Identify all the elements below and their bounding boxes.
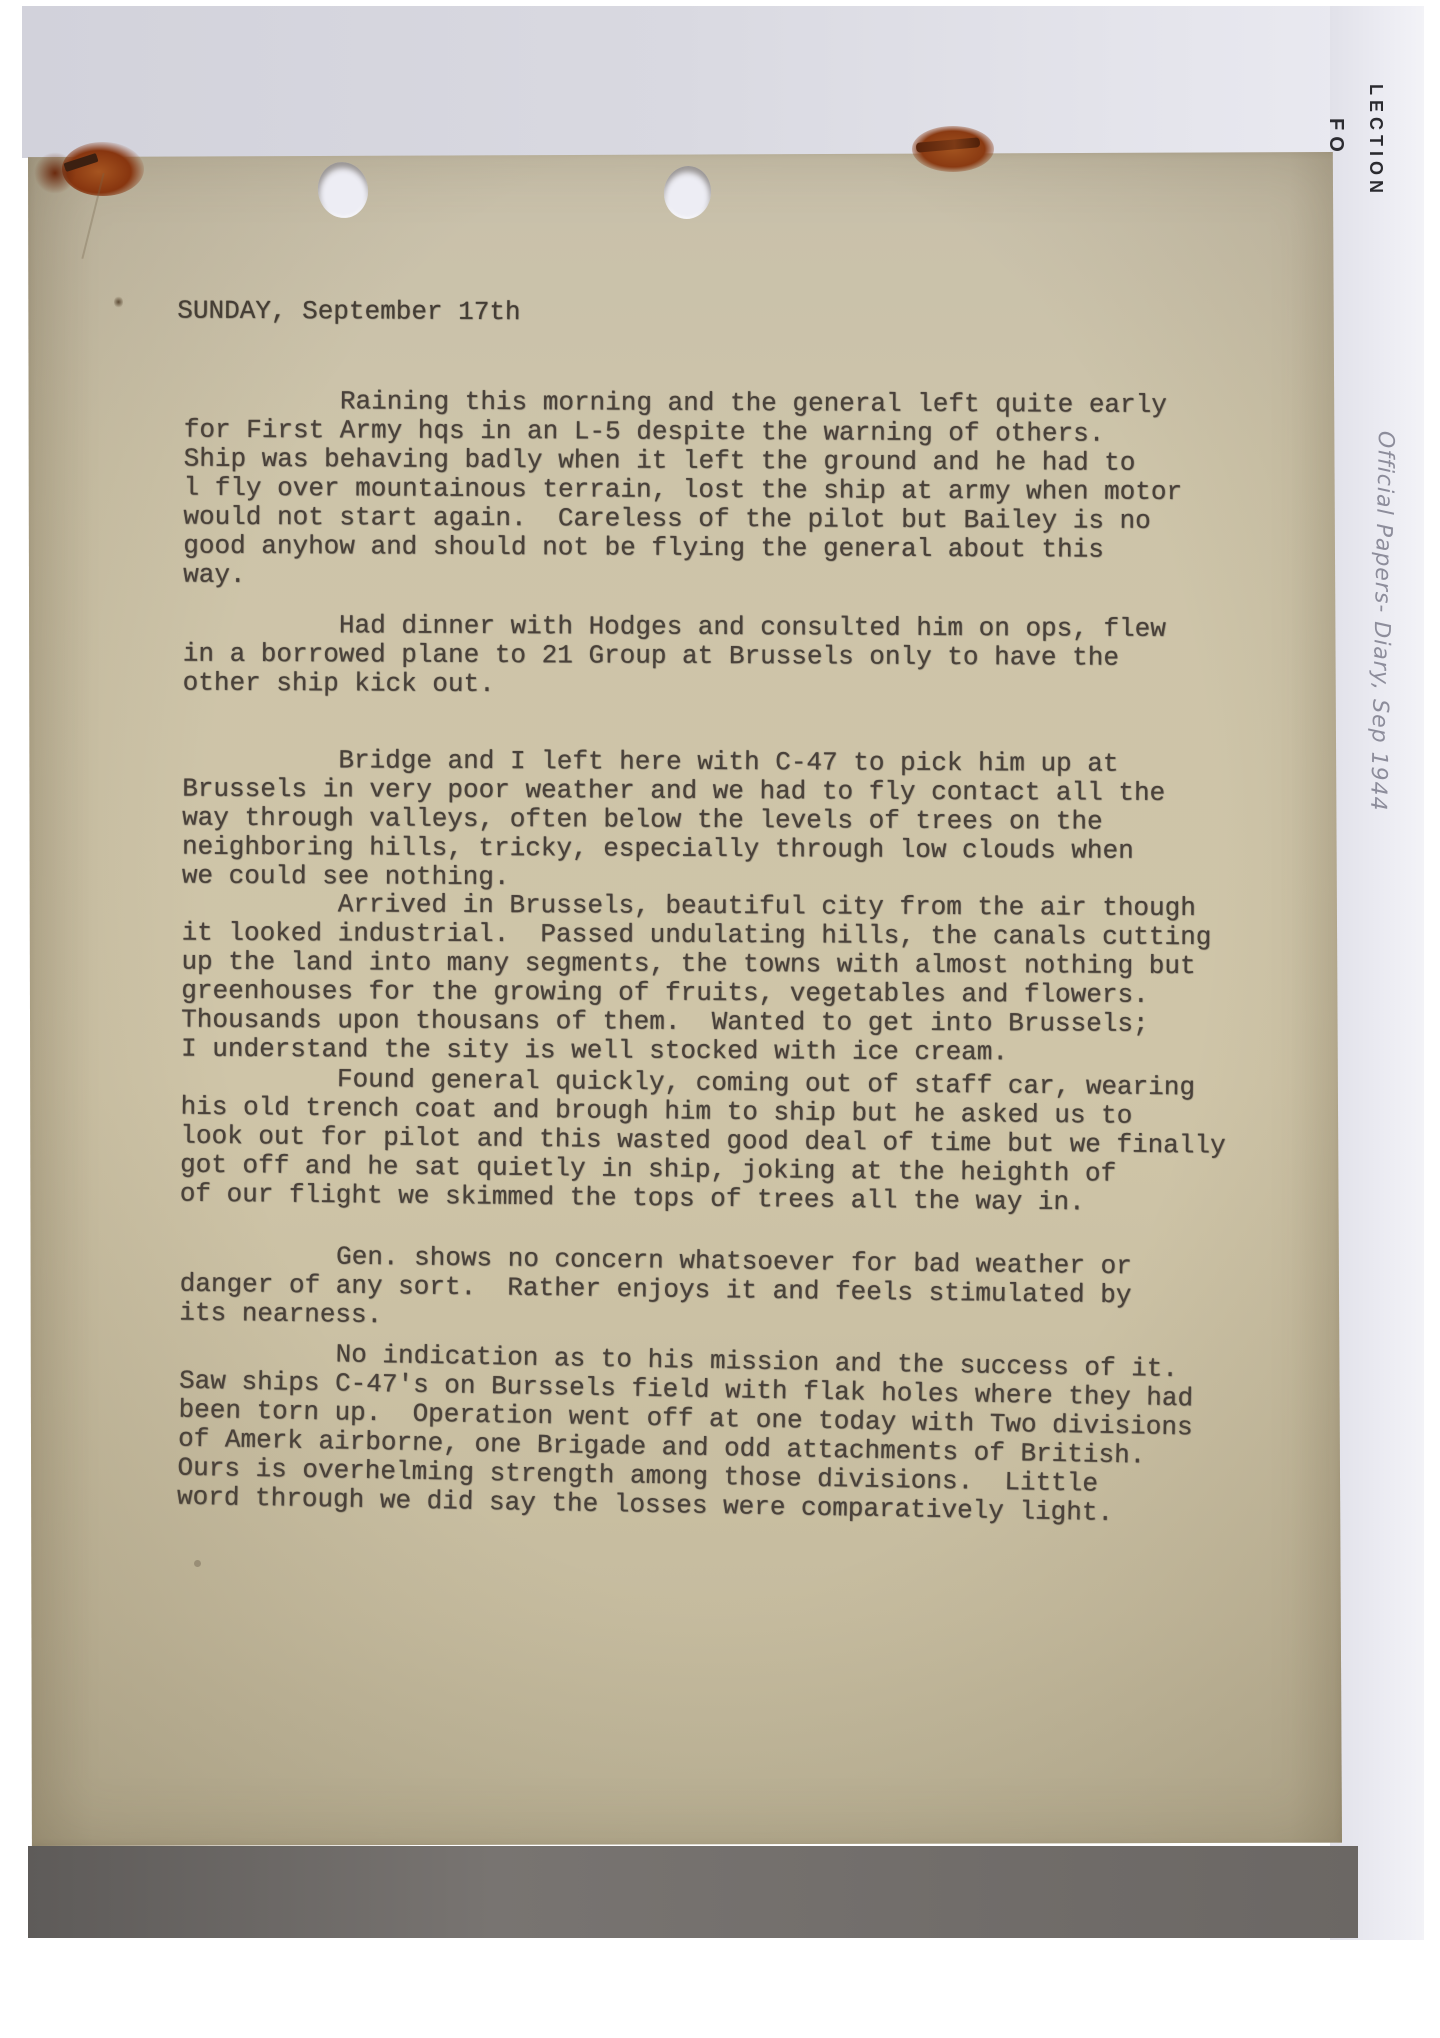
diary-paragraph: Raining this morning and the general lef…	[183, 387, 1182, 594]
diary-paragraph: Had dinner with Hodges and consulted him…	[183, 611, 1166, 702]
rust-stain-left	[34, 134, 146, 198]
scanned-document-photo: FO LECTION SUNDAY, September 17th Rainin…	[0, 0, 1440, 2038]
ink-speck	[114, 296, 123, 308]
page-title: SUNDAY, September 17th	[177, 297, 520, 327]
diary-paragraph: Found general quickly, coming out of sta…	[180, 1064, 1227, 1219]
bottom-shadow-band	[28, 1846, 1358, 1938]
rust-blob-dark	[34, 152, 76, 194]
rust-stain-right	[906, 122, 1000, 176]
folder-stamp-text: FO	[1324, 118, 1347, 158]
diary-page: SUNDAY, September 17th Raining this morn…	[28, 152, 1342, 1846]
diary-paragraph: Bridge and I left here with C-47 to pick…	[182, 746, 1166, 895]
typewritten-text-layer: SUNDAY, September 17th Raining this morn…	[21, 152, 1342, 1852]
diary-paragraph: Gen. shows no concern whatsoever for bad…	[179, 1241, 1132, 1340]
collection-stamp-text: LECTION	[1365, 84, 1386, 198]
ink-speck	[194, 1560, 201, 1567]
diary-paragraph: No indication as to his mission and the …	[177, 1338, 1194, 1530]
diary-paragraph: Arrived in Brussels, beautiful city from…	[181, 890, 1212, 1068]
archive-backing-top	[22, 6, 1338, 158]
